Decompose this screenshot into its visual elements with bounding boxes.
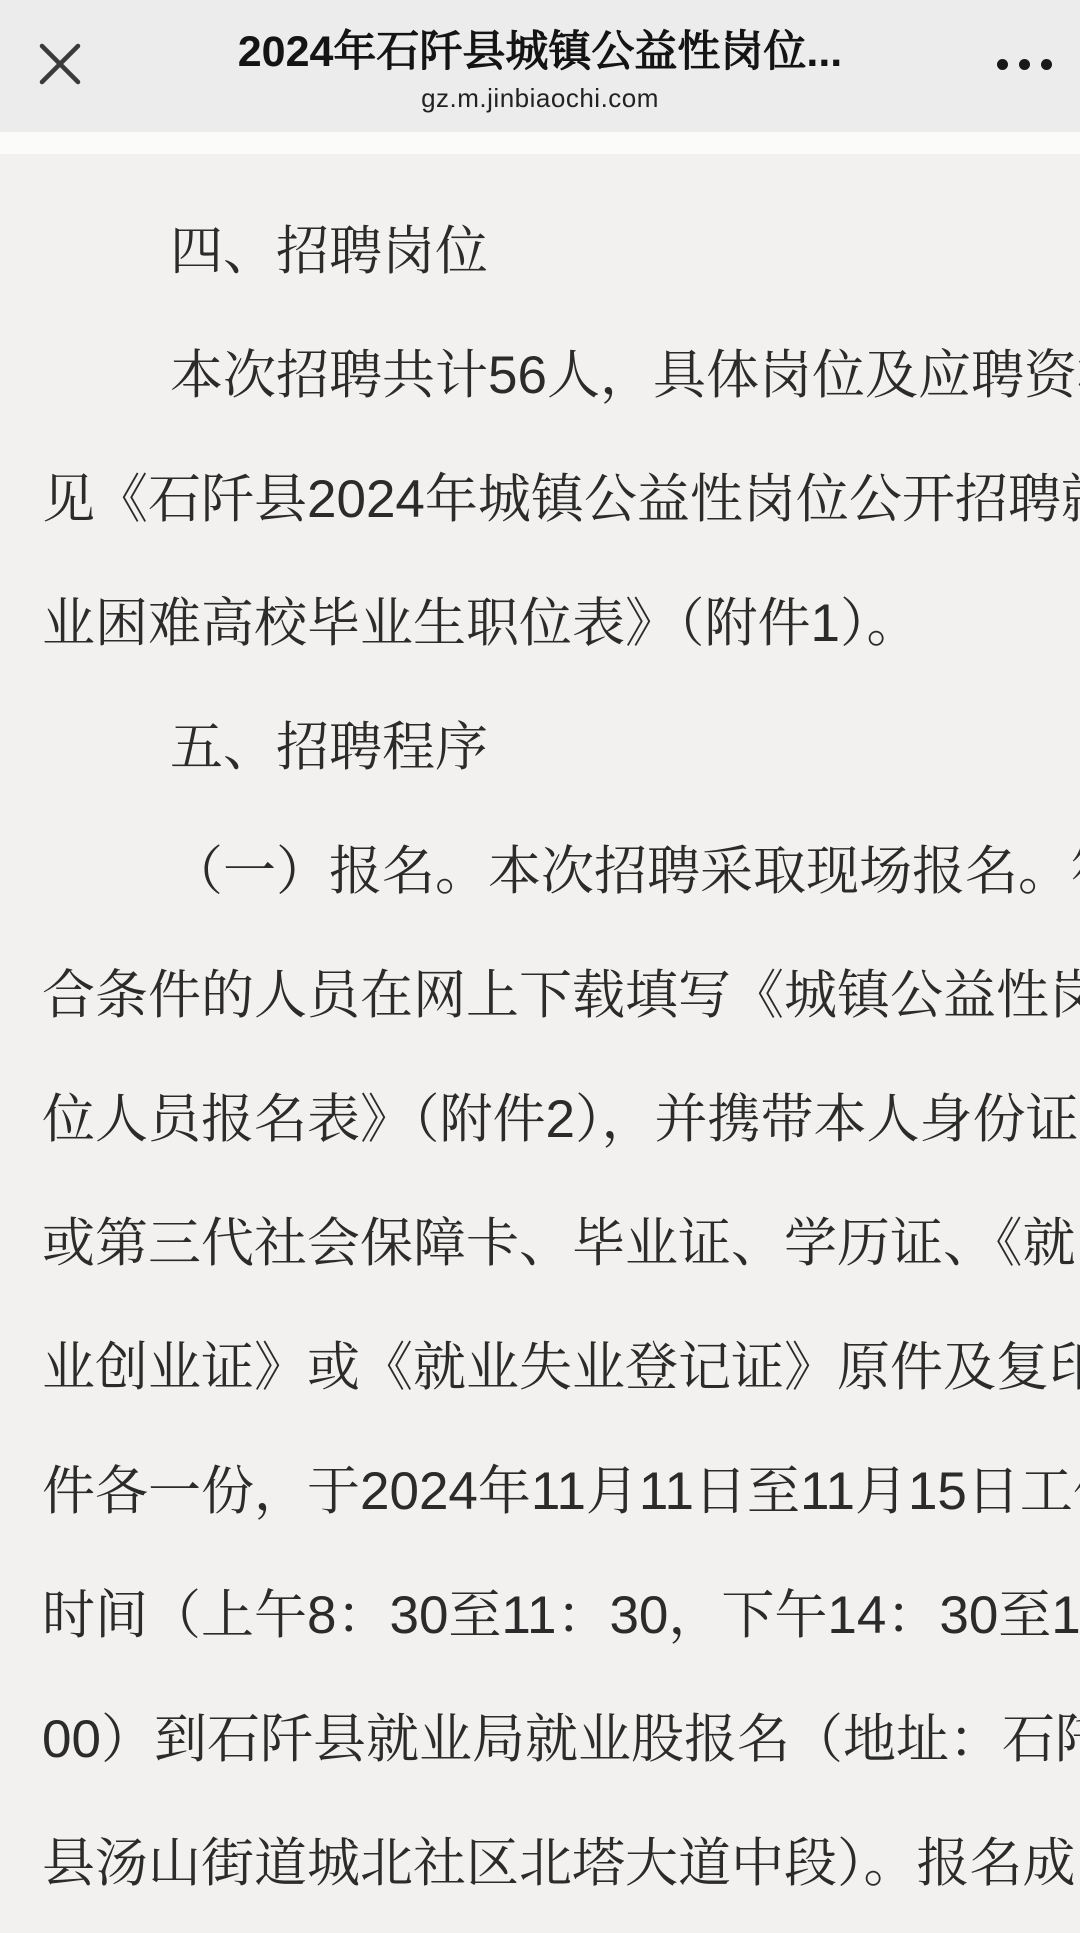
doc-text-line: 00）到石阡县就业局就业股报名（地址：石阡 [42, 1678, 1080, 1802]
doc-text-line: 件各一份，于2024年11月11日至11月15日工作 [42, 1430, 1080, 1554]
doc-text-line: 县汤山街道城北社区北塔大道中段）。报名成 [42, 1802, 1080, 1926]
doc-text-line: 本次招聘共计56人，具体岗位及应聘资格 [42, 314, 1080, 438]
doc-text-line: 业困难高校毕业生职位表》（附件1）。 [42, 562, 1080, 686]
page-url: gz.m.jinbiaochi.com [130, 83, 950, 114]
wechat-browser-window: 2024年石阡县城镇公益性岗位... gz.m.jinbiaochi.com 四… [0, 0, 1080, 1933]
doc-text-line: 见《石阡县2024年城镇公益性岗位公开招聘就 [42, 438, 1080, 562]
doc-text-line: （一）报名。本次招聘采取现场报名。符 [42, 810, 1080, 934]
page-top-strip [0, 132, 1080, 154]
doc-heading-line: 四、招聘岗位 [42, 190, 1080, 314]
doc-text-line: 或第三代社会保障卡、毕业证、学历证、《就 [42, 1182, 1080, 1306]
menu-dot [1041, 59, 1052, 70]
menu-dot [997, 59, 1008, 70]
more-menu-icon[interactable] [997, 52, 1052, 76]
doc-text-line: 业创业证》或《就业失业登记证》原件及复印 [42, 1306, 1080, 1430]
page-title: 2024年石阡县城镇公益性岗位... [130, 18, 950, 79]
doc-text-line: 位人员报名表》（附件2），并携带本人身份证 [42, 1058, 1080, 1182]
menu-dot [1019, 59, 1030, 70]
close-x-glyph [37, 41, 83, 87]
header-title-block: 2024年石阡县城镇公益性岗位... gz.m.jinbiaochi.com [130, 0, 950, 114]
doc-heading-line: 五、招聘程序 [42, 686, 1080, 810]
doc-text-line: 合条件的人员在网上下载填写《城镇公益性岗 [42, 934, 1080, 1058]
doc-text-line: 时间（上午8：30至11：30，下午14：30至17： [42, 1554, 1080, 1678]
document-body: 四、招聘岗位 本次招聘共计56人，具体岗位及应聘资格 见《石阡县2024年城镇公… [0, 154, 1080, 1933]
close-icon[interactable] [36, 40, 84, 88]
browser-header: 2024年石阡县城镇公益性岗位... gz.m.jinbiaochi.com [0, 0, 1080, 132]
